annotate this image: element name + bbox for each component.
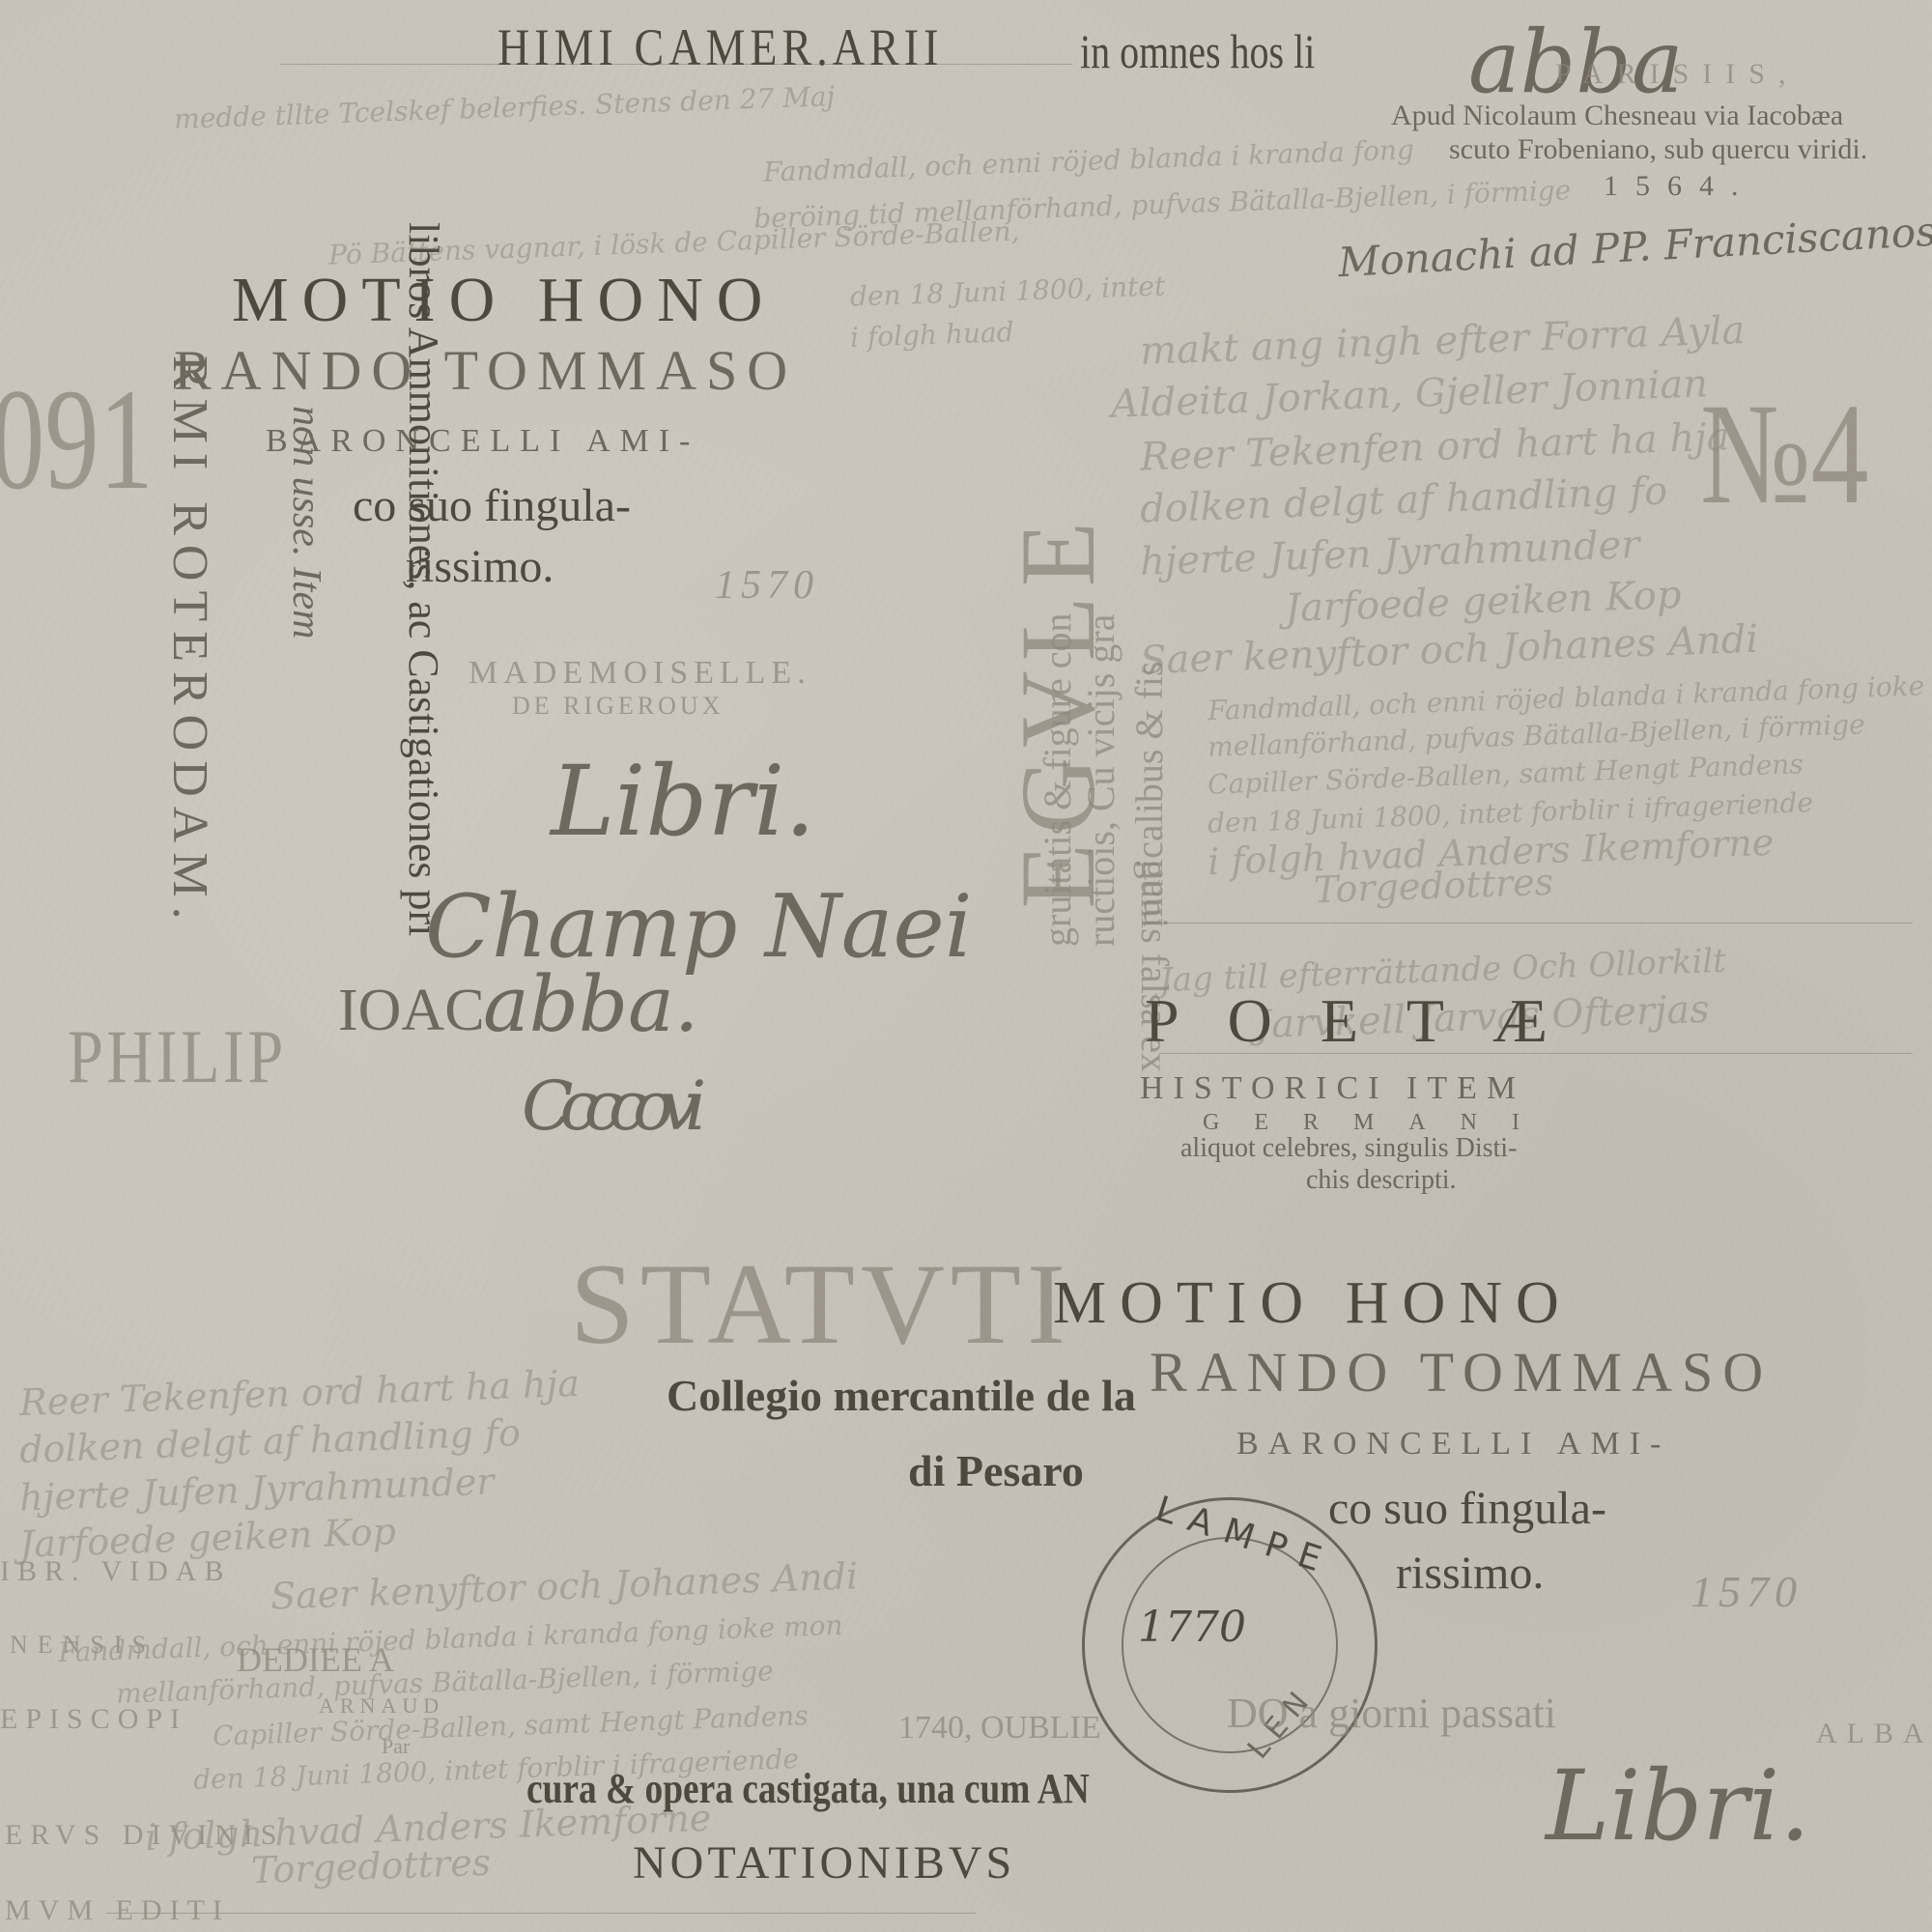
ioac-text: IOAC bbox=[338, 980, 485, 1040]
number-no4: №4 bbox=[1700, 382, 1869, 526]
do-agiorni-text: DO a giorni passati bbox=[1227, 1692, 1556, 1735]
motio-hono-text-2: MOTIO HONO bbox=[1053, 1273, 1573, 1333]
arnaud-text: ARNAUD bbox=[319, 1695, 444, 1717]
baroncelli-text-2: BARONCELLI AMI- bbox=[1236, 1428, 1670, 1461]
handwriting-line: Torgedottres bbox=[1313, 861, 1554, 912]
cura-text: cura & opera castigata, una cum AN bbox=[526, 1768, 1090, 1810]
vertical-roterodam: RMI ROTERODAM. bbox=[164, 355, 214, 929]
statuti-title: STATVTI bbox=[570, 1246, 1071, 1362]
stamp-date-text: 1770 bbox=[1138, 1606, 1246, 1649]
philip-text: PHILIP bbox=[68, 1019, 287, 1094]
servus-text: ERVS DIVINIS bbox=[5, 1821, 284, 1850]
motio-hono-text: MOTIO HONO bbox=[232, 269, 776, 332]
handwriting-line: i folgh huad bbox=[849, 316, 1014, 354]
script-champ: Champ Naei bbox=[425, 884, 973, 971]
de-rigeroux-text: DE RIGEROUX bbox=[512, 694, 724, 719]
year-1564: 1564. bbox=[1604, 172, 1756, 201]
vertical-gruitatis: gruitatis & figure con bbox=[1038, 613, 1077, 947]
script-libri: Libri. bbox=[551, 753, 815, 850]
rando-tommaso-text: RANDO TOMMASO bbox=[174, 343, 797, 399]
year-1570: 1570 bbox=[715, 565, 819, 606]
nensis-text: NENSIS bbox=[10, 1633, 156, 1658]
mademoiselle-text: MADEMOISELLE. bbox=[469, 657, 811, 690]
pesaro-text: di Pesaro bbox=[908, 1449, 1084, 1493]
parisiis-text: PARISIIS, bbox=[1555, 60, 1799, 89]
aliquot-text: aliquot celebres, singulis Disti- bbox=[1180, 1135, 1517, 1162]
script-flourish: Ccccovi bbox=[522, 1072, 693, 1140]
episcopi-text: EPISCOPI bbox=[0, 1705, 187, 1734]
baroncelli-text: BARONCELLI AMI- bbox=[266, 425, 699, 458]
dedie-text: DEDIEE A bbox=[237, 1642, 394, 1677]
year-1570-b: 1570 bbox=[1690, 1570, 1803, 1614]
cosuo-text: co suo fingula- bbox=[353, 483, 631, 529]
year-1740-text: 1740, OUBLIE bbox=[898, 1712, 1101, 1745]
vertical-libros: libros Ammonitiones, ac Castigationes pr… bbox=[402, 222, 444, 936]
cosuo-text-2: co suo fingula- bbox=[1328, 1486, 1606, 1532]
postmark-stamp: LAMPE 1770 LEN bbox=[1082, 1497, 1378, 1793]
script-abba: abba. bbox=[483, 966, 698, 1043]
chis-text: chis descripti. bbox=[1306, 1167, 1457, 1194]
poetae-title: POETÆ bbox=[1145, 990, 1596, 1052]
historici-text: HISTORICI ITEM bbox=[1140, 1072, 1525, 1105]
rissimo-text-2: rissimo. bbox=[1396, 1550, 1544, 1597]
notationibus-text: NOTATIONIBVS bbox=[633, 1840, 1015, 1887]
scuto-text: scuto Frobeniano, sub quercu viridi. bbox=[1449, 135, 1867, 164]
header-in-omnes: in omnes hos li bbox=[1080, 27, 1315, 75]
header-himi-camerarii: HIMI CAMER.ARII bbox=[497, 21, 944, 73]
collegio-text: Collegio mercantile de la bbox=[667, 1374, 1136, 1418]
vertical-non-usse: non usse. Item bbox=[286, 406, 327, 639]
alba-text: ALBA bbox=[1816, 1719, 1932, 1748]
ivm-editi-text: MVM EDITI bbox=[5, 1896, 230, 1925]
handwriting-line: Torgedottres bbox=[250, 1841, 492, 1892]
ibr-vidab-text: IBR. VIDAB bbox=[0, 1557, 231, 1586]
script-libri-2: Libri. bbox=[1546, 1758, 1810, 1855]
par-text: Par bbox=[382, 1736, 410, 1757]
number-091: 091 bbox=[0, 367, 154, 512]
germani-text: GERMANI bbox=[1203, 1111, 1554, 1134]
divider-rule bbox=[106, 1913, 976, 1914]
vertical-ructiois: ructiois, Cu vicijs gra bbox=[1082, 614, 1121, 947]
divider-rule bbox=[1159, 923, 1913, 923]
apud-text: Apud Nicolaum Chesneau via Iacobæa bbox=[1391, 101, 1843, 130]
rando-tommaso-text-2: RANDO TOMMASO bbox=[1150, 1345, 1773, 1401]
